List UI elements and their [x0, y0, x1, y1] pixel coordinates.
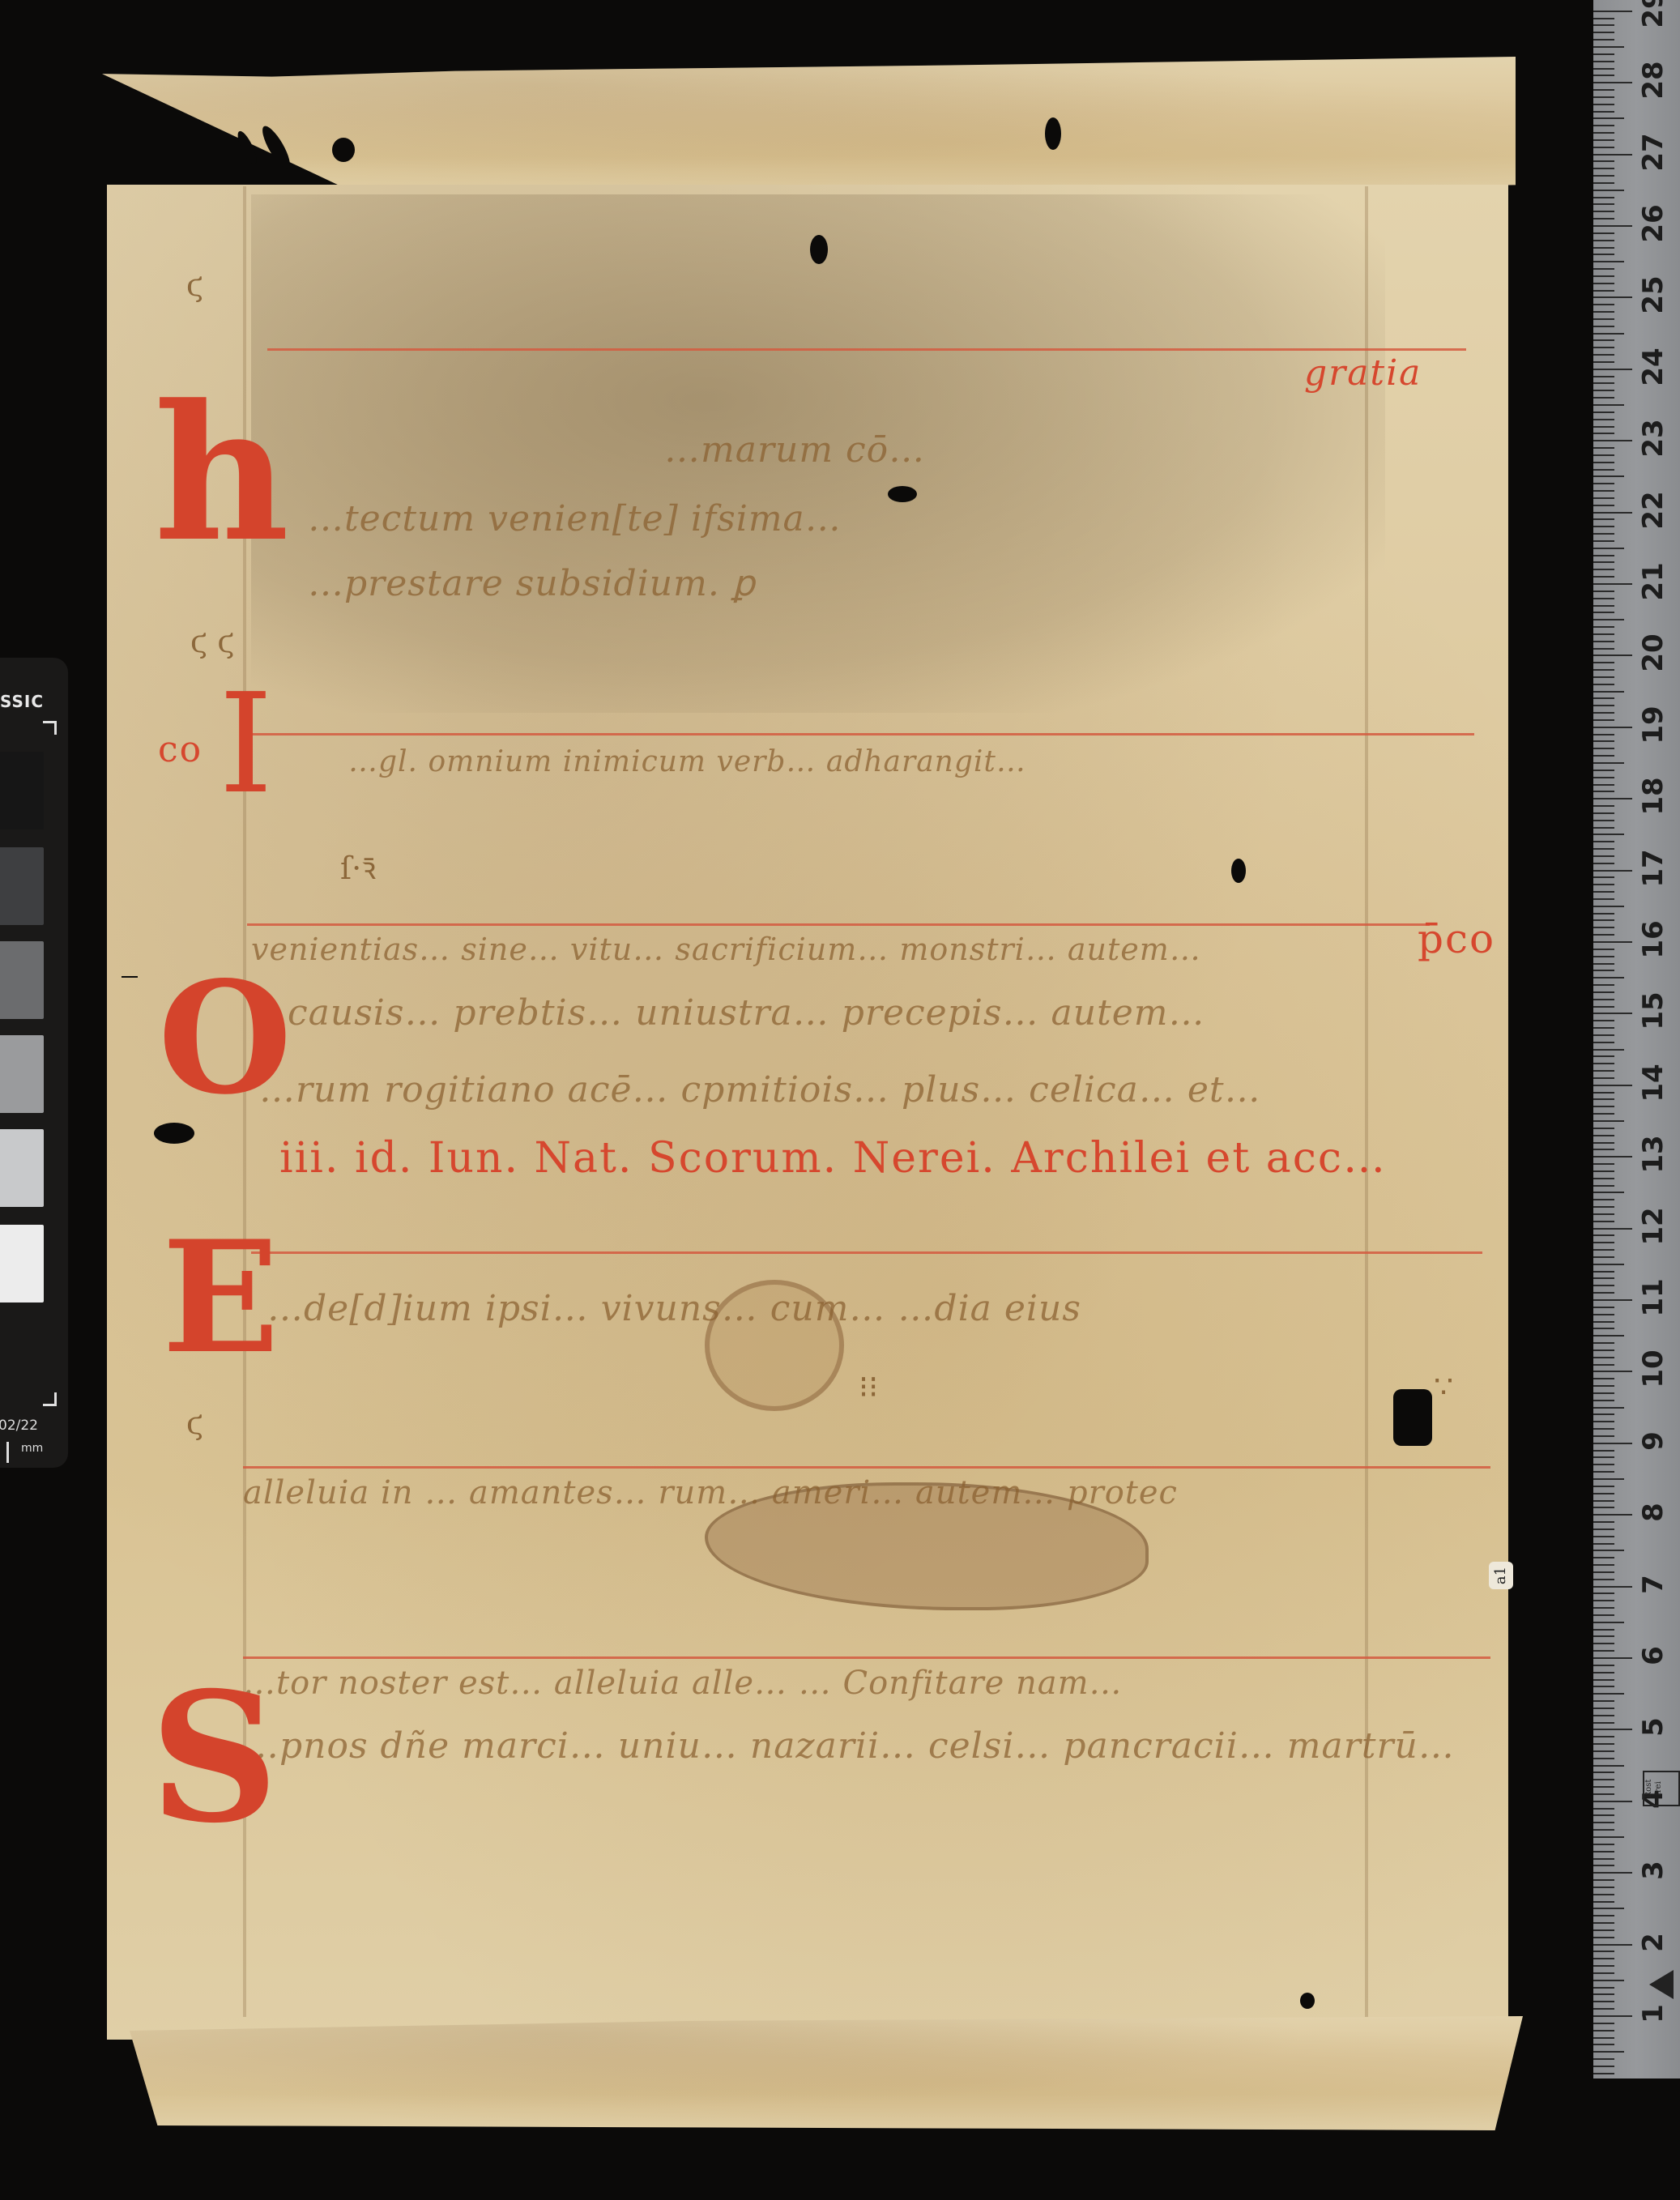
ruler-tick — [1593, 662, 1614, 663]
ruler-tick — [1593, 1098, 1614, 1100]
ruler-tick — [1593, 1357, 1614, 1358]
ruler-tick — [1593, 197, 1614, 198]
margin-rubric-gratia: gratia — [1304, 352, 1422, 394]
ruler-tick — [1593, 240, 1614, 241]
ruler-tick — [1593, 963, 1614, 965]
ruler-tick — [1593, 1980, 1624, 1981]
ruler-tick — [1593, 1221, 1614, 1222]
ruler-tick — [1593, 2001, 1614, 2002]
text-line: venientias… sine… vitu… sacrificium… mon… — [251, 932, 1201, 967]
ruler-tick — [1593, 1550, 1624, 1551]
ruler-number: 13 — [1637, 1135, 1669, 1174]
ruler-tick — [1593, 2066, 1614, 2067]
ruler-tick — [1593, 268, 1614, 270]
text-line: …gl. omnium inimicum verb… adharangit… — [348, 745, 1026, 778]
worm-hole — [154, 1123, 194, 1144]
ruler-tick — [1593, 211, 1614, 212]
ruler-tick — [1593, 1607, 1614, 1609]
gray-swatch-6 — [0, 1225, 44, 1303]
ruler-tick — [1593, 475, 1624, 477]
ruler-number: 27 — [1637, 133, 1669, 172]
ruler-tick — [1593, 855, 1614, 857]
gray-swatch-3 — [0, 941, 44, 1019]
ruler-tick — [1593, 648, 1614, 650]
ruler-tick — [1593, 1772, 1614, 1773]
ruler-tick — [1593, 906, 1624, 907]
ruler-tick — [1593, 1464, 1614, 1465]
parchment-top-flap — [102, 57, 1516, 199]
ruler-tick — [1593, 46, 1624, 48]
ruler-tick — [1593, 1421, 1614, 1422]
ruler-tick — [1593, 927, 1614, 928]
ruler-tick — [1593, 533, 1614, 535]
ruler-number: 10 — [1637, 1349, 1669, 1388]
ruler-tick — [1593, 462, 1614, 463]
ruler-tick — [1593, 1471, 1614, 1473]
ruler-rostfrei-logo-icon: Rost frei — [1643, 1771, 1680, 1806]
ruler-tick — [1593, 125, 1614, 126]
ruler-tick — [1593, 117, 1624, 119]
ruler-tick — [1593, 96, 1614, 98]
ruler-tick — [1593, 1801, 1632, 1802]
ruler-tick — [1593, 2058, 1614, 2060]
ruler-number: 11 — [1637, 1278, 1669, 1317]
ruler-tick — [1593, 168, 1614, 169]
ruler-tick — [1593, 1335, 1624, 1337]
ruler-tick — [1593, 898, 1614, 900]
staff-rule — [243, 1466, 1490, 1469]
ruler-tick — [1593, 1364, 1614, 1366]
ruler-number: 24 — [1637, 347, 1669, 386]
ruler-tick — [1593, 1006, 1614, 1008]
ruler-tick — [1593, 548, 1624, 549]
ruler-tick — [1593, 483, 1614, 484]
ruler-tick — [1593, 1758, 1614, 1759]
ruler-tick — [1593, 1228, 1632, 1230]
ruler-tick — [1593, 2015, 1632, 2017]
ruler-tick — [1593, 347, 1614, 348]
ruler-tick — [1593, 1514, 1632, 1516]
ruler-tick — [1593, 154, 1632, 156]
ruler-number: 3 — [1637, 1851, 1669, 1890]
ruler-number: 21 — [1637, 562, 1669, 601]
ruler-tick — [1593, 626, 1614, 628]
worm-hole — [1231, 859, 1246, 883]
ruler-tick — [1593, 89, 1614, 91]
ruler-tick — [1593, 339, 1614, 341]
ruler-tick — [1593, 1650, 1614, 1652]
ruler-tick — [1593, 934, 1614, 936]
ruler-tick — [1593, 1185, 1614, 1187]
ruler-tick — [1593, 247, 1614, 249]
ruler-tick — [1593, 605, 1614, 607]
ruler-tick — [1593, 225, 1632, 227]
ruler-tick — [1593, 1113, 1614, 1115]
margin-rubric-co: co — [158, 729, 203, 770]
ruler-tick — [1593, 1736, 1614, 1737]
color-checker-card: SSIC 02/22 mm — [0, 658, 68, 1468]
ruler-tick — [1593, 397, 1614, 399]
ruler-tick — [1593, 1715, 1614, 1716]
ruler-number: 6 — [1637, 1636, 1669, 1675]
text-line: …causis… prebtis… uniustra… precepis… au… — [251, 992, 1205, 1034]
initial-s: S — [150, 1652, 279, 1862]
ruler-tick — [1593, 433, 1614, 434]
ruler-tick — [1593, 1292, 1614, 1294]
ruler-tick — [1593, 318, 1614, 320]
text-line: …tor noster est… alleluia alle… … Confit… — [243, 1665, 1123, 1702]
ruler-tick — [1593, 275, 1614, 277]
ruler-tick — [1593, 1557, 1614, 1558]
text-line: …rum rogitiano acē… cpmitiois… plus… cel… — [259, 1069, 1261, 1111]
ruler-tick — [1593, 540, 1614, 542]
gray-swatch-1 — [0, 752, 44, 829]
ruler-tick — [1593, 18, 1614, 19]
ruler-tick — [1593, 2044, 1614, 2045]
ruler-number: 9 — [1637, 1422, 1669, 1460]
ruler-number: 19 — [1637, 706, 1669, 744]
initial-e: E — [162, 1207, 279, 1388]
ruler-tick — [1593, 1765, 1624, 1767]
ruler-tick — [1593, 1958, 1614, 1959]
ruler-number: 18 — [1637, 777, 1669, 816]
ruler-tick — [1593, 884, 1614, 885]
ruler-tick — [1593, 147, 1614, 148]
ruler-tick — [1593, 697, 1614, 699]
ruler-tick — [1593, 505, 1614, 506]
checker-corner-mark — [43, 721, 57, 735]
checker-unit-text: mm — [21, 1442, 43, 1455]
ruler-tick — [1593, 1808, 1614, 1810]
ruler-tick — [1593, 1528, 1614, 1530]
ruler-tick — [1593, 526, 1614, 527]
ruler-tick — [1593, 970, 1614, 971]
ruler-tick — [1593, 132, 1614, 134]
ruler-tick — [1593, 619, 1624, 620]
ruler-tick — [1593, 1042, 1614, 1043]
ruler-tick — [1593, 1163, 1614, 1165]
ruler-number: 1 — [1637, 1994, 1669, 2033]
checker-corner-mark — [43, 1392, 57, 1406]
ruler-tick — [1593, 870, 1632, 872]
ruler-tick — [1593, 863, 1614, 864]
ruler-tick — [1593, 941, 1632, 943]
ruler-tick — [1593, 748, 1614, 749]
ruler-tick — [1593, 1793, 1614, 1795]
ruler-tick — [1593, 691, 1624, 693]
checker-brand-text: SSIC — [0, 692, 44, 711]
ruler-tick — [1593, 1622, 1624, 1623]
ruler-tick — [1593, 203, 1614, 205]
ruler-tick — [1593, 1450, 1614, 1452]
ruler-tick — [1593, 848, 1614, 850]
parchment-bottom-flap — [130, 2009, 1523, 2130]
ruler-tick — [1593, 39, 1614, 41]
ruler-tick — [1593, 891, 1614, 893]
ruler-tick — [1593, 1199, 1614, 1200]
ruler-tick — [1593, 1922, 1614, 1924]
ruler-tick — [1593, 1242, 1614, 1243]
checker-mm-tick — [6, 1442, 9, 1463]
ruler-tick — [1593, 2023, 1614, 2024]
ruler-tick — [1593, 1428, 1614, 1430]
ruler-tick — [1593, 1571, 1614, 1573]
ruler-tick — [1593, 1407, 1624, 1409]
checker-date-text: 02/22 — [0, 1418, 38, 1434]
ruler-tick — [1593, 1722, 1614, 1724]
ruler-tick — [1593, 1750, 1614, 1752]
ruler-tick — [1593, 1965, 1614, 1967]
ruler-tick — [1593, 598, 1614, 599]
ruler-tick — [1593, 876, 1614, 878]
ruler-tick — [1593, 1077, 1614, 1079]
ruler-tick — [1593, 1564, 1614, 1566]
ruler-tick — [1593, 1937, 1614, 1938]
neume-mark: ϛ — [186, 267, 203, 303]
ruler-tick — [1593, 382, 1614, 384]
ruler-tick — [1593, 1085, 1632, 1086]
ruler-tick — [1593, 1213, 1614, 1215]
ruler-tick — [1593, 369, 1632, 370]
ruler-tick — [1593, 1894, 1614, 1895]
ruler-tick — [1593, 712, 1614, 714]
ruler-tick — [1593, 68, 1614, 70]
ruler-tick — [1593, 705, 1614, 706]
text-line: …marum cō… — [664, 429, 925, 471]
ruler-tick — [1593, 740, 1614, 742]
ruler-tick — [1593, 2008, 1614, 2010]
gray-swatch-4 — [0, 1035, 44, 1113]
ruler-tick — [1593, 555, 1614, 556]
ruler-tick — [1593, 841, 1614, 842]
ruler-number: 23 — [1637, 419, 1669, 458]
ruler-number: 12 — [1637, 1207, 1669, 1246]
ruler-tick — [1593, 1493, 1614, 1494]
staff-rule — [243, 1656, 1490, 1659]
ruler-tick — [1593, 1600, 1614, 1601]
ruler-number: 20 — [1637, 633, 1669, 672]
ruler-number: 25 — [1637, 275, 1669, 314]
ruler-tick — [1593, 1872, 1632, 1874]
ruler-tick — [1593, 1743, 1614, 1745]
ruler-tick — [1593, 770, 1614, 771]
ruler-tick — [1593, 1592, 1614, 1594]
ruler-tick — [1593, 1693, 1624, 1695]
ruler-tick — [1593, 1586, 1632, 1588]
ruler-tick — [1593, 1106, 1614, 1107]
ruler-number: 28 — [1637, 61, 1669, 100]
ruler-tick — [1593, 261, 1624, 262]
ruler-tick — [1593, 1034, 1614, 1036]
ruler-tick — [1593, 755, 1614, 757]
ruler-tick — [1593, 1271, 1614, 1273]
ruler-tick — [1593, 1013, 1632, 1014]
ruler-tick — [1593, 139, 1614, 141]
ruler-tick — [1593, 182, 1614, 184]
ruler-tick — [1593, 1443, 1632, 1444]
ruler-tick — [1593, 333, 1624, 335]
text-line: …de[d]ium ipsi… vivuns… cum… …dia eius — [267, 1288, 1081, 1329]
ruler-tick — [1593, 913, 1614, 915]
ruler-tick — [1593, 1149, 1614, 1150]
ruler-tick — [1593, 1679, 1614, 1681]
text-line: alleluia in … amantes… rum… ameri… autem… — [243, 1474, 1178, 1511]
ruler-number: 22 — [1637, 491, 1669, 530]
ruler-tick — [1593, 1092, 1614, 1094]
ruler-number: 15 — [1637, 991, 1669, 1030]
staff-rule — [247, 923, 1430, 926]
worm-hole — [1045, 117, 1061, 150]
ruler-tick — [1593, 1328, 1614, 1329]
gray-swatch-5 — [0, 1129, 44, 1207]
neume-mark: ϛ ϛ — [190, 624, 235, 659]
ruler-tick — [1593, 61, 1614, 62]
ruler-tick — [1593, 727, 1632, 728]
staff-rule — [267, 348, 1466, 351]
ruler-tick — [1593, 1543, 1614, 1545]
ruler-tick — [1593, 490, 1614, 492]
ruler-tick — [1593, 440, 1632, 441]
text-line: …tectum venien[te] ifsima… — [308, 498, 842, 539]
ruler-number: 8 — [1637, 1493, 1669, 1532]
ruler-tick — [1593, 419, 1614, 420]
ruler-tick — [1593, 296, 1632, 298]
ruler-tick — [1593, 991, 1614, 993]
ruler-tick — [1593, 32, 1614, 33]
ruler-tick — [1593, 1951, 1614, 1952]
ruler-tick — [1593, 641, 1614, 642]
ruler-tick — [1593, 1206, 1614, 1208]
ruler-tick — [1593, 1486, 1614, 1487]
text-line: …pnos dñe marci… uniu… nazarii… celsi… p… — [243, 1725, 1455, 1767]
worm-hole — [1393, 1389, 1432, 1446]
ruler-tick — [1593, 1128, 1614, 1129]
ruler-tick — [1593, 784, 1614, 786]
ruler-tick — [1593, 175, 1614, 177]
ruler-tick — [1593, 791, 1614, 792]
margin-rubric-pco: p̄co — [1418, 915, 1495, 962]
worm-hole — [1300, 1993, 1315, 2009]
ruler-number: 29 — [1637, 0, 1669, 28]
ruler-tick — [1593, 1729, 1632, 1730]
ruler-tick — [1593, 1829, 1614, 1831]
ruler-tick — [1593, 805, 1614, 807]
measurement-ruler: 1234567891011121314151617181920212223242… — [1593, 0, 1680, 2078]
ruler-tick — [1593, 827, 1614, 829]
ruler-tick — [1593, 719, 1614, 721]
ruler-tick — [1593, 777, 1614, 778]
ruler-tick — [1593, 1629, 1614, 1631]
ruler-tick — [1593, 1786, 1614, 1788]
ruler-tick — [1593, 104, 1614, 105]
ruler-tick — [1593, 1120, 1624, 1122]
ruler-tick — [1593, 376, 1614, 377]
ruler-tick — [1593, 1400, 1614, 1401]
ruler-tick — [1593, 612, 1614, 613]
worm-hole — [332, 138, 355, 162]
ruler-tick — [1593, 1392, 1614, 1394]
ruler-tick — [1593, 1027, 1614, 1029]
ruler-tick — [1593, 111, 1614, 113]
ruler-tick — [1593, 919, 1614, 921]
ruler-tick — [1593, 591, 1614, 592]
ruler-tick — [1593, 676, 1614, 678]
ruler-tick — [1593, 232, 1614, 234]
ruler-tick — [1593, 977, 1624, 978]
ruler-number: 14 — [1637, 1064, 1669, 1102]
ruler-tick — [1593, 1156, 1632, 1158]
ruler-tick — [1593, 390, 1614, 391]
tear — [122, 976, 138, 978]
ruler-tick — [1593, 447, 1614, 449]
ruler-tick — [1593, 1779, 1614, 1780]
ruler-tick — [1593, 684, 1614, 685]
ruler-tick — [1593, 1299, 1632, 1301]
ruler-tick — [1593, 2030, 1614, 2032]
ruler-tick — [1593, 426, 1614, 428]
ruler-tick — [1593, 404, 1624, 406]
ruler-number: 26 — [1637, 204, 1669, 243]
ruler-mbr-logo-icon — [1649, 1970, 1674, 1999]
ruler-tick — [1593, 1342, 1614, 1344]
ruler-tick — [1593, 1708, 1614, 1709]
ruler-tick — [1593, 1378, 1614, 1379]
ruler-number: 5 — [1637, 1708, 1669, 1746]
ruler-tick — [1593, 984, 1614, 986]
ruler-tick — [1593, 1858, 1614, 1860]
ruler-tick — [1593, 290, 1614, 292]
neume-mark: ∵ — [1434, 1369, 1453, 1405]
ruler-number: 16 — [1637, 920, 1669, 959]
ruler-tick — [1593, 1635, 1614, 1637]
ruler-tick — [1593, 1643, 1614, 1644]
ruler-tick — [1593, 1256, 1614, 1258]
ruler-tick — [1593, 1657, 1632, 1659]
ruler-tick — [1593, 1887, 1614, 1888]
ruler-tick — [1593, 1500, 1614, 1502]
ruler-tick — [1593, 1142, 1614, 1144]
ruler-tick — [1593, 1049, 1624, 1051]
ruler-tick — [1593, 1879, 1614, 1881]
ruler-tick — [1593, 1814, 1614, 1816]
ruler-tick — [1593, 82, 1632, 83]
ruler-tick — [1593, 2037, 1614, 2039]
ruler-tick — [1593, 956, 1614, 957]
ruler-tick — [1593, 1614, 1614, 1616]
ruler-tick — [1593, 411, 1614, 413]
ruler-tick — [1593, 1665, 1614, 1666]
ruler-tick — [1593, 1456, 1614, 1458]
ruler-tick — [1593, 283, 1614, 284]
ruler-tick — [1593, 1700, 1614, 1702]
ruler-tick — [1593, 812, 1614, 814]
ruler-tick — [1593, 1521, 1614, 1523]
ruler-tick — [1593, 569, 1614, 570]
ruler-tick — [1593, 1249, 1614, 1251]
ruler-tick — [1593, 1349, 1614, 1351]
ruler-tick — [1593, 1285, 1614, 1286]
ruler-tick — [1593, 1836, 1624, 1838]
ruler-tick — [1593, 218, 1614, 220]
ruler-tick — [1593, 834, 1624, 835]
ruler-tick — [1593, 1314, 1614, 1315]
ruler-tick — [1593, 304, 1614, 305]
neume-mark: ſ·ꝛ̄ — [340, 846, 376, 889]
ruler-tick — [1593, 1277, 1614, 1279]
ruler-tick — [1593, 1170, 1614, 1172]
ruler-tick — [1593, 53, 1614, 55]
ruler-tick — [1593, 254, 1614, 255]
